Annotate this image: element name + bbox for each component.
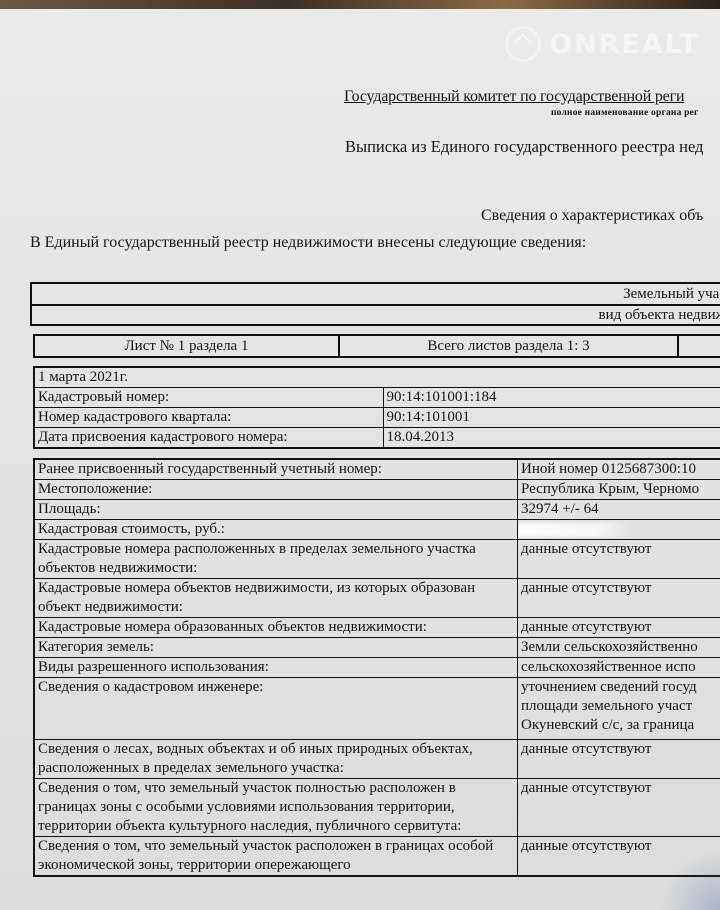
assignment-date-value: 18.04.2013 xyxy=(383,428,720,449)
registry-table-main: 1 марта 2021г. Кадастровый номер: 90:14:… xyxy=(33,366,720,449)
sheet-total: Всего листов раздела 1: 3 xyxy=(340,336,679,356)
row-label: Сведения о том, что земельный участок по… xyxy=(34,779,518,837)
sheet-number: Лист № 1 раздела 1 xyxy=(35,336,340,356)
table-row: Номер кадастрового квартала: 90:14:10100… xyxy=(34,408,720,428)
row-label: Местоположение: xyxy=(34,480,518,500)
row-value: Республика Крым, Черномо xyxy=(518,480,720,500)
row-value: данные отсутствуют xyxy=(518,740,720,779)
organization-caption: полное наименование органа рег xyxy=(551,108,699,118)
row-label: Кадастровая стоимость, руб.: xyxy=(34,520,518,540)
value-line: Окуневский с/с, за граница xyxy=(521,716,720,735)
value-line: площади земельного участ xyxy=(521,697,720,716)
row-value: данные отсутствуют xyxy=(518,579,720,618)
corner-shadow xyxy=(660,850,720,910)
table-row: Сведения о том, что земельный участок ра… xyxy=(34,837,720,877)
table-row: Сведения о том, что земельный участок по… xyxy=(34,779,720,837)
intro-text: В Единый государственный реестр недвижим… xyxy=(30,234,586,252)
table-row: Сведения о лесах, водных объектах и об и… xyxy=(34,740,720,779)
table-row: Дата присвоения кадастрового номера: 18.… xyxy=(34,428,720,449)
row-label: Кадастровые номера расположенных в преде… xyxy=(34,540,518,579)
row-label: Номер кадастрового квартала: xyxy=(34,408,383,428)
watermark: ONREALT xyxy=(505,24,700,64)
object-type-box: Земельный учас вид объекта недвиж xyxy=(30,282,720,326)
registry-table-details: Ранее присвоенный государственный учетны… xyxy=(33,458,720,877)
table-row: Виды разрешенного использования: сельско… xyxy=(34,658,720,678)
cadastral-number-value: 90:14:101001:184 xyxy=(383,388,720,408)
row-value: Иной номер 0125687300:10 xyxy=(518,459,720,480)
table-row: Сведения о кадастровом инженере: уточнен… xyxy=(34,678,720,740)
redaction-blur xyxy=(518,523,633,537)
table-row: Площадь: 32974 +/- 64 xyxy=(34,500,720,520)
row-label: Дата присвоения кадастрового номера: xyxy=(34,428,383,449)
cadastral-value-redacted xyxy=(518,520,720,540)
table-row: Кадастровые номера расположенных в преде… xyxy=(34,540,720,579)
row-label: Сведения о лесах, водных объектах и об и… xyxy=(34,740,518,779)
row-label: Кадастровый номер: xyxy=(34,388,383,408)
object-name: Земельный учас xyxy=(32,284,720,306)
row-label: Виды разрешенного использования: xyxy=(34,658,518,678)
row-label: Сведения о том, что земельный участок ра… xyxy=(34,837,518,877)
table-row: Кадастровые номера образованных объектов… xyxy=(34,618,720,638)
cadastral-quarter-value: 90:14:101001 xyxy=(383,408,720,428)
table-row: Кадастровая стоимость, руб.: xyxy=(34,520,720,540)
row-value: 32974 +/- 64 xyxy=(518,500,720,520)
table-row: Кадастровый номер: 90:14:101001:184 xyxy=(34,388,720,408)
house-icon xyxy=(505,26,541,62)
row-label: Ранее присвоенный государственный учетны… xyxy=(34,459,518,480)
table-row: Категория земель: Земли сельскохозяйстве… xyxy=(34,638,720,658)
table-row: Ранее присвоенный государственный учетны… xyxy=(34,459,720,480)
row-label: Площадь: xyxy=(34,500,518,520)
row-value: сельскохозяйственное испо xyxy=(518,658,720,678)
table-row: 1 марта 2021г. xyxy=(34,367,720,388)
table-row: Местоположение: Республика Крым, Черномо xyxy=(34,480,720,500)
row-label: Кадастровые номера образованных объектов… xyxy=(34,618,518,638)
row-value: данные отсутствуют xyxy=(518,540,720,579)
organization-name: Государственный комитет по государственн… xyxy=(344,88,684,106)
table-row: Кадастровые номера объектов недвижимости… xyxy=(34,579,720,618)
watermark-text: ONREALT xyxy=(549,29,700,60)
extract-date: 1 марта 2021г. xyxy=(34,367,720,388)
object-caption: вид объекта недвиж xyxy=(32,306,720,326)
row-value-multiline: уточнением сведений госуд площади земель… xyxy=(518,678,720,740)
row-value: данные отсутствуют xyxy=(518,618,720,638)
sheet-extra xyxy=(679,336,720,356)
row-label: Сведения о кадастровом инженере: xyxy=(34,678,518,740)
value-line: уточнением сведений госуд xyxy=(521,678,720,697)
row-value: Земли сельскохозяйственно xyxy=(518,638,720,658)
section-title: Сведения о характеристиках объ xyxy=(481,207,703,225)
sheet-info-bar: Лист № 1 раздела 1 Всего листов раздела … xyxy=(33,334,720,358)
row-label: Категория земель: xyxy=(34,638,518,658)
row-value: данные отсутствуют xyxy=(518,779,720,837)
document-title: Выписка из Единого государственного реес… xyxy=(345,137,703,157)
row-label: Кадастровые номера объектов недвижимости… xyxy=(34,579,518,618)
